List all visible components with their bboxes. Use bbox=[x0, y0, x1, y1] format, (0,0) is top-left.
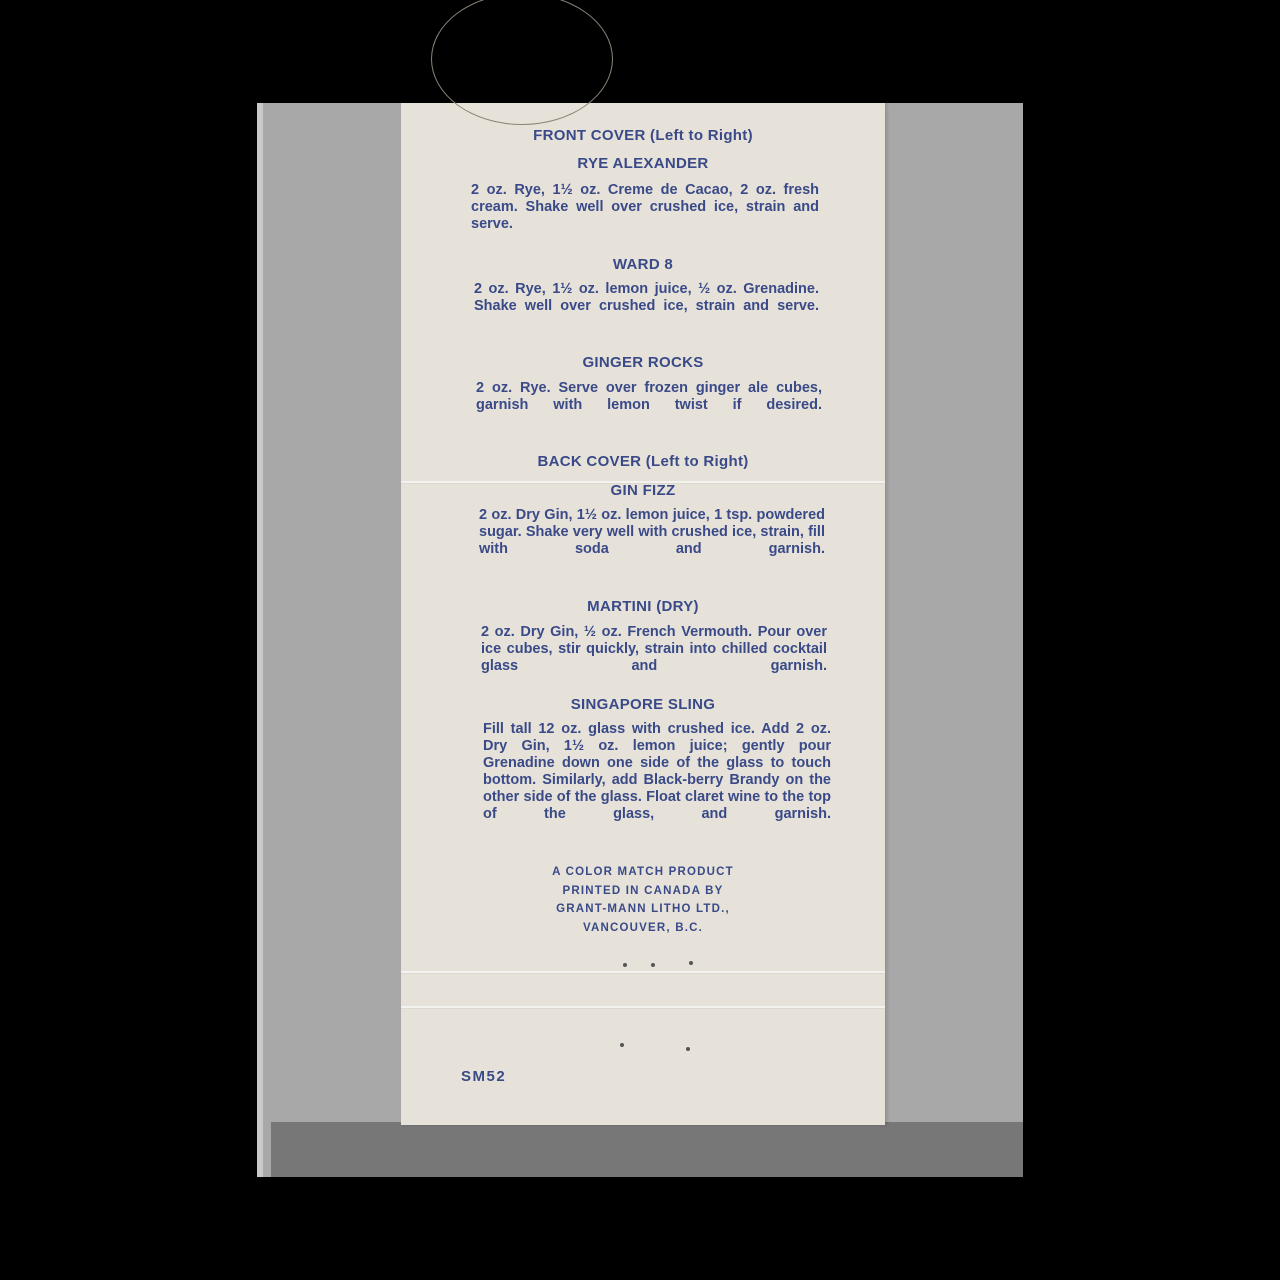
staple-hole bbox=[689, 961, 693, 965]
scanner-edge bbox=[257, 103, 263, 1177]
recipe-text: 2 oz. Dry Gin, 1½ oz. lemon juice, 1 tsp… bbox=[479, 507, 825, 575]
imprint-line: VANCOUVER, B.C. bbox=[401, 919, 885, 938]
recipe-title: MARTINI (DRY) bbox=[401, 598, 885, 615]
imprint-line: PRINTED IN CANADA BY bbox=[401, 882, 885, 901]
recipe-text: 2 oz. Dry Gin, ½ oz. French Vermouth. Po… bbox=[481, 624, 827, 692]
emblem-circle-outline bbox=[431, 0, 613, 125]
front-cover-heading: FRONT COVER (Left to Right) bbox=[401, 127, 885, 144]
recipe-text: 2 oz. Rye, 1½ oz. lemon juice, ½ oz. Gre… bbox=[474, 281, 819, 332]
back-cover-heading: BACK COVER (Left to Right) bbox=[401, 453, 885, 470]
product-code: SM52 bbox=[461, 1068, 506, 1085]
staple-hole bbox=[623, 963, 627, 967]
recipe-title: GINGER ROCKS bbox=[401, 354, 885, 371]
recipe-text: Fill tall 12 oz. glass with crushed ice.… bbox=[483, 721, 831, 840]
recipe-title: WARD 8 bbox=[401, 256, 885, 273]
recipe-text: 2 oz. Rye, 1½ oz. Creme de Cacao, 2 oz. … bbox=[471, 182, 819, 250]
recipe-title: GIN FIZZ bbox=[401, 482, 885, 499]
staple-hole bbox=[620, 1043, 624, 1047]
scanner-bottom-shadow bbox=[271, 1122, 1023, 1177]
staple-hole bbox=[686, 1047, 690, 1051]
fold-crease bbox=[401, 971, 885, 974]
fold-crease bbox=[401, 1006, 885, 1009]
imprint-line: A COLOR MATCH PRODUCT bbox=[401, 863, 885, 882]
recipe-title: SINGAPORE SLING bbox=[401, 696, 885, 713]
recipe-title: RYE ALEXANDER bbox=[401, 155, 885, 172]
matchbook-cover: FRONT COVER (Left to Right) RYE ALEXANDE… bbox=[401, 103, 885, 1125]
staple-hole bbox=[651, 963, 655, 967]
imprint-line: GRANT-MANN LITHO LTD., bbox=[401, 900, 885, 919]
printer-imprint: A COLOR MATCH PRODUCT PRINTED IN CANADA … bbox=[401, 863, 885, 937]
recipe-text: 2 oz. Rye. Serve over frozen ginger ale … bbox=[476, 380, 822, 431]
